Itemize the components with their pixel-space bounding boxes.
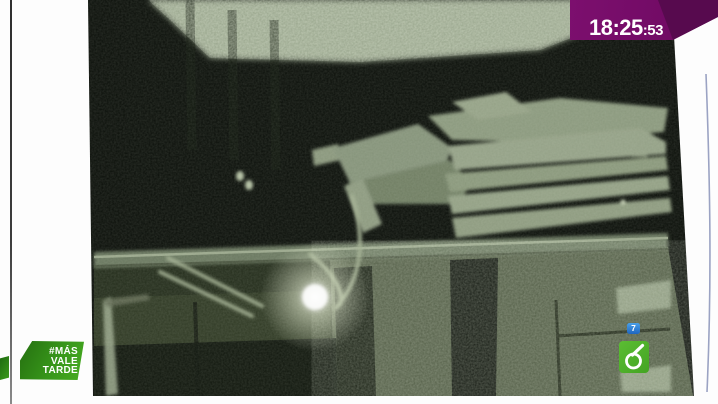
cabinet-grain (330, 248, 695, 398)
flash-glare (260, 242, 370, 352)
hashtag-badge: #MÁS VALE TARDE (20, 341, 84, 380)
channel-seven-label: 7 (631, 324, 636, 333)
lasexta-six-icon (619, 341, 649, 373)
channel-seven-badge: 7 (627, 323, 640, 334)
hashtag-badge-tail (0, 356, 9, 380)
hashtag-line-3: TARDE (43, 366, 78, 376)
clock-hours-minutes: 18:25 (589, 15, 643, 40)
page-rule-line (706, 74, 710, 392)
clock-seconds: 53 (647, 22, 663, 39)
hashtag-text: #MÁS VALE TARDE (43, 347, 78, 376)
clock: 18:25:53 (589, 17, 663, 39)
tv-frame: 18:25:53 #MÁS VALE TARDE 7 (0, 0, 718, 404)
evidence-photo (0, 0, 718, 404)
lasexta-logo (619, 341, 649, 373)
